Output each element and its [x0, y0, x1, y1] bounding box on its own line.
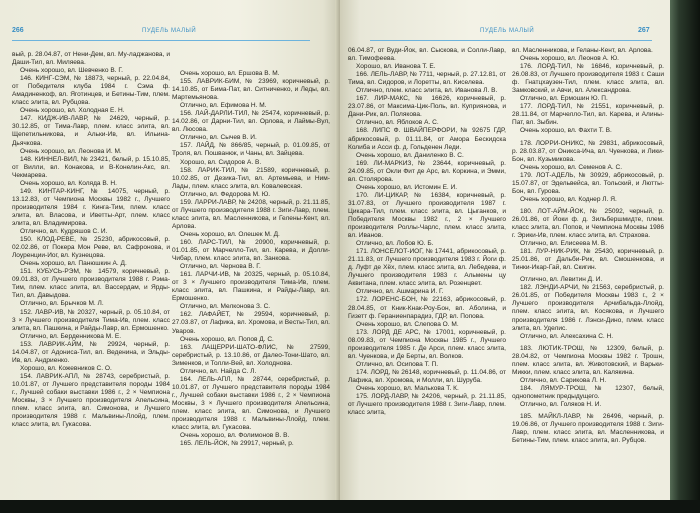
catalog-entry: 163. ЛАЩЕРРИ-ШАТО-ФЛИС, № 27599, серебри…	[172, 344, 330, 368]
catalog-entry: 172. ЛОРЕНС-БОН, № 22163, абрикосовый, р…	[348, 296, 506, 320]
catalog-entry: 151. КУБУСЬ-РЭМ, № 14579, коричневый, р.…	[12, 268, 170, 300]
catalog-entry: 178. ЛОРРИ-ОНИКС, № 29831, абрикосовый, …	[512, 140, 664, 164]
rating-line: Хорошо, вл. Иванова Т. Е.	[348, 63, 506, 71]
catalog-entry: 157. ЛАЙД, № 866/85, черный, р. 01.09.85…	[172, 142, 330, 158]
rating-line: Очень хорошо, вл. Леонова И. М.	[12, 148, 170, 156]
rating-line: Очень хорошо, вл. Фахти Т. В.	[512, 127, 664, 135]
rating-line: Отлично, вл. Голяков Н. И.	[512, 401, 664, 409]
background	[0, 500, 700, 513]
rating-line: Отлично, вл. Алексахина С. Н.	[512, 333, 664, 341]
catalog-entry: 173. ЛОРД ДЕ АРС, № 17001, коричневый, р…	[348, 329, 506, 361]
right-page: ПУДЕЛЬ МАЛЫЙ 267 06.04.87, от Вуди-Йок, …	[340, 0, 670, 500]
rating-line: Отлично, вл. Осипова Т. П.	[348, 361, 506, 369]
catalog-entry: 174. ЛОРД, № 26148, коричневый, р. 11.04…	[348, 369, 506, 385]
catalog-entry: 170. ЛИ-ЦИКАР, № 16384, коричневый, р. 3…	[348, 192, 506, 240]
catalog-entry: 164. ЛЕЛЬ-АПЛ, № 28744, серебристый, р. …	[172, 376, 330, 432]
catalog-entry: 154. ЛАВРИК-АПЛ, № 28743, серебристый, р…	[12, 373, 170, 429]
rating-line: Очень хорошо, вл. Истомин Е. И.	[348, 184, 506, 192]
catalog-entry: 148. КИННЕЛ-ВИЛ, № 23421, белый, р. 15.1…	[12, 156, 170, 180]
catalog-entry: 162. ЛАФАЙЕТ, № 29594, коричневый, р. 27…	[172, 311, 330, 335]
rating-line: Очень хорошо, вл. Леонов А. Ю.	[512, 55, 664, 63]
catalog-entry: 149. КИНТАР-КИНГ, № 14075, черный, р. 13…	[12, 188, 170, 228]
catalog-entry: 180. ЛОТ-АЙМ-ЙОК, № 25092, черный, р. 26…	[512, 208, 664, 240]
text-column: 06.04.87, от Вуди-Йок, вл. Сыскова, и Со…	[348, 47, 506, 417]
rating-line: Очень хорошо, вл. Семенов А. С.	[512, 164, 664, 172]
rating-line: Хорошо, вл. Сидоров А. В.	[172, 159, 330, 167]
rating-line: Отлично, вл. Федорова М. Ю.	[172, 191, 330, 199]
catalog-entry: 147. КИДЖ-ИВ-ЛАВР, № 24629, черный, р. 3…	[12, 115, 170, 147]
catalog-entry: 184. ЛЯМУР-ТРОШ, № 12307, белый, однопом…	[512, 385, 664, 401]
rating-line: Отлично, вл. Брычков М. Л.	[12, 300, 170, 308]
rating-line: Очень хорошо, вл. Шевченко В. Г.	[12, 67, 170, 75]
page-number: 267	[638, 27, 650, 34]
catalog-entry: 146. КИНГ-СЭМ, № 18873, черный, р. 22.04…	[12, 75, 170, 107]
rating-line: Очень хорошо, вл. Попов Д. С.	[172, 336, 330, 344]
rating-line: Очень хорошо, вл. Коляда В. Н.	[12, 180, 170, 188]
catalog-entry: 160. ЛАРС-ТИЛ, № 20900, коричневый, р. 0…	[172, 239, 330, 263]
rating-line: Хорошо, вл. Кожевников С. О.	[12, 365, 170, 373]
catalog-entry: 158. ЛАРИК-ТИЛ, № 21589, коричневый, р. …	[172, 167, 330, 191]
catalog-entry: 181. ЛУР-НИК-РИК, № 25430, коричневый, р…	[512, 248, 664, 272]
rating-line: Очень хорошо, вл. Коднер Л. Я.	[512, 196, 664, 204]
catalog-entry: 166. ЛЕЛЬ-ЛАВР, № 7711, черный, р. 27.12…	[348, 71, 506, 87]
rating-line: Очень хорошо, вл. Ершова В. М.	[172, 70, 330, 78]
rating-line: Отлично, вл. Чернова В. Г.	[172, 263, 330, 271]
catalog-entry: 177. ЛОРД-ТИЛ, № 21551, коричневый, р. 2…	[512, 103, 664, 127]
book-edge	[670, 0, 700, 513]
catalog-entry: 165. ЛЕЛЬ-ЙОК, № 29917, черный, р.	[172, 440, 330, 448]
catalog-entry: 179. ЛОТ-АДЕЛЬ, № 30929, абрикосовый, р.…	[512, 172, 664, 196]
book-spread: 266 ПУДЕЛЬ МАЛЫЙ вый, р. 28.04.87, от Не…	[0, 0, 700, 500]
text-column: вый, р. 28.04.87, от Нени-Дем, вл. Му-ла…	[12, 51, 170, 429]
rating-line: Отлично, вл. Сарикова Л. Н.	[512, 377, 664, 385]
text-column: Очень хорошо, вл. Ершова В. М.155. ЛАВРИ…	[172, 66, 330, 448]
catalog-entry: 153. ЛАВРИК-АЙМ, № 29924, черный, р. 14.…	[12, 341, 170, 365]
page-number: 266	[12, 27, 24, 34]
rating-line: Отлично, вл. Берденникова М. Е.	[12, 333, 170, 341]
catalog-entry: 175. ЛОРД-ЛАВР, № 24206, черный, р. 21.1…	[348, 393, 506, 417]
catalog-entry: 171. ЛОНСЕЛОТ-ИОГ, № 17441, абрикосовый,…	[348, 248, 506, 288]
header-rule	[370, 40, 652, 41]
catalog-entry: 169. ЛИ-МАРКИЗ, № 23644, коричневый, р. …	[348, 160, 506, 184]
catalog-entry: 161. ЛАРЧИ-ИВ, № 20325, черный, р. 05.10…	[172, 271, 330, 303]
catalog-entry: 159. ЛАРРИ-ЛАВР, № 24208, черный, р. 21.…	[172, 199, 330, 231]
rating-line: Отлично, вл. Елисеева М. В.	[512, 240, 664, 248]
rating-line: Очень хорошо, вл. Малькова Т. К.	[348, 385, 506, 393]
catalog-entry: 150. КЛОД-РЕВЕ, № 25230, абрикосовый, р.…	[12, 236, 170, 260]
catalog-entry: 168. ЛИПС Ф. ШВАЙПЕРФОРИ, № 92675 ГДР, а…	[348, 127, 506, 151]
text-column: вл. Масленникова, и Геланы-Кент, вл. Арл…	[512, 47, 664, 445]
catalog-entry: 182. ЛЭНДИ-АРЧИ, № 21563, серебристый, р…	[512, 284, 664, 332]
catalog-entry: 156. ЛАЙ-ДАРЛИ-ТИЛ, № 25474, коричневый,…	[172, 110, 330, 134]
left-page: 266 ПУДЕЛЬ МАЛЫЙ вый, р. 28.04.87, от Не…	[0, 0, 340, 500]
header-rule	[12, 40, 310, 41]
rating-line: Очень хорошо, вл. Даниленко В. С.	[348, 152, 506, 160]
catalog-entry: 185. МАЙКЛ-ЛАВР, № 26496, черный, р. 19.…	[512, 413, 664, 445]
rating-line: Отлично, вл. Кудряшов С. И.	[12, 228, 170, 236]
catalog-entry: 167. ЛИР-МАКС, № 16626, коричневый, р. 2…	[348, 95, 506, 119]
entry-continuation: вый, р. 28.04.87, от Нени-Дем, вл. Му-ла…	[12, 51, 170, 67]
rating-line: Отлично, вл. Найда С. Л.	[172, 368, 330, 376]
running-head: ПУДЕЛЬ МАЛЫЙ	[142, 28, 196, 40]
running-head: ПУДЕЛЬ МАЛЫЙ	[480, 28, 534, 40]
catalog-entry: 152. ЛАВР-ИВ, № 20327, черный, р. 05.10.…	[12, 309, 170, 333]
rating-line: Очень хорошо, вл. Фолимонов В. В.	[172, 432, 330, 440]
catalog-entry: 06.04.87, от Вуди-Йок, вл. Сыскова, и Со…	[348, 47, 506, 63]
catalog-entry: 155. ЛАВРИК-БИМ, № 23969, коричневый, р.…	[172, 78, 330, 102]
rating-line: Отлично, вл. Лобов Ю. Б.	[348, 240, 506, 248]
rating-line: Очень хорошо, вл. Слепова О. М.	[348, 321, 506, 329]
rating-line: Очень хорошо, вл. Олешек М. Д.	[172, 231, 330, 239]
catalog-entry: 183. ЛЮТИК-ТРОШ, № 12309, белый, р. 28.0…	[512, 345, 664, 377]
catalog-entry: 176. ЛОРД-ТИЛ, № 16846, коричневый, р. 2…	[512, 63, 664, 95]
entry-continuation: вл. Масленникова, и Геланы-Кент, вл. Арл…	[512, 47, 664, 55]
